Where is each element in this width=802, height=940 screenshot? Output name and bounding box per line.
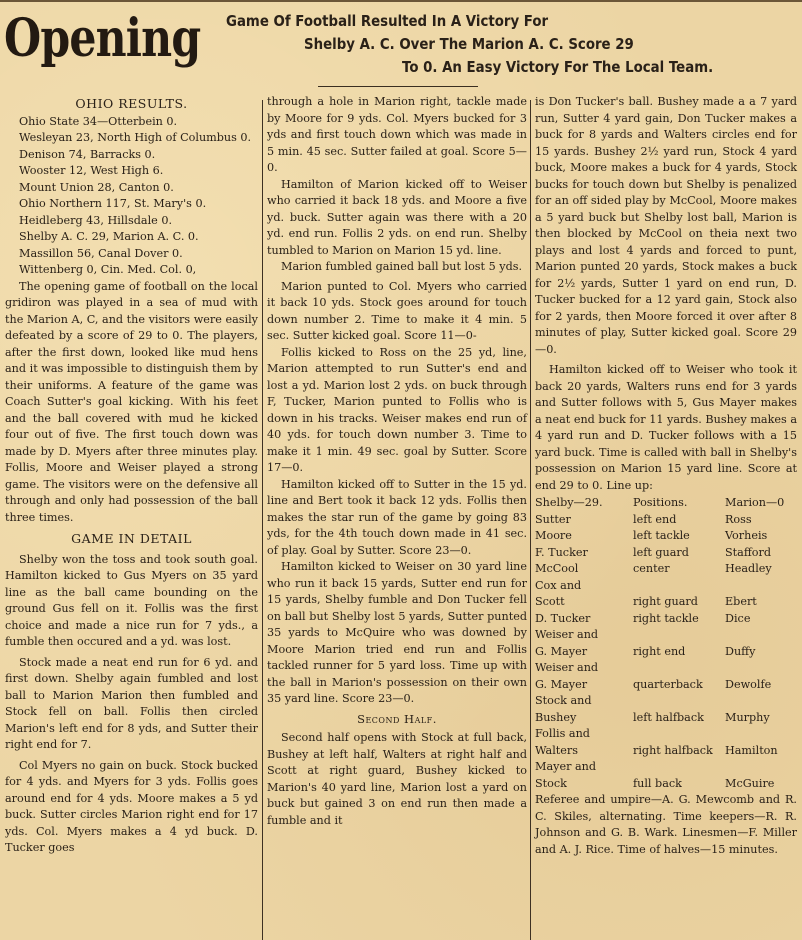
body-paragraph: Col Myers no gain on buck. Stock bucked … — [5, 758, 258, 857]
position: right halfback — [633, 743, 725, 760]
lineup-row: F. Tuckerleft guardStafford — [535, 545, 797, 562]
marion-player — [725, 578, 797, 595]
column-2: through a hole in Marion right, tackle m… — [267, 94, 527, 940]
position: left end — [633, 512, 725, 529]
column-divider-1 — [262, 100, 263, 940]
lineup-row: Waltersright halfbackHamilton — [535, 743, 797, 760]
officials-paragraph: Referee and umpire—A. G. Mewcomb and R. … — [535, 792, 797, 858]
body-paragraph: Stock made a neat end run for 6 yd. and … — [5, 655, 258, 754]
position — [633, 693, 725, 710]
position: right tackle — [633, 611, 725, 628]
shelby-player: Walters — [535, 743, 633, 760]
position — [633, 627, 725, 644]
deck-divider — [318, 86, 478, 87]
result-item: Shelby A. C. 29, Marion A. C. 0. — [5, 229, 258, 246]
shelby-player: McCool — [535, 561, 633, 578]
body-paragraph: Hamilton kicked off to Sutter in the 15 … — [267, 477, 527, 560]
position — [633, 726, 725, 743]
shelby-player: Mayer and — [535, 759, 633, 776]
body-paragraph: is Don Tucker's ball. Bushey made a a 7 … — [535, 94, 797, 358]
shelby-player: Weiser and — [535, 660, 633, 677]
deck-line-2: Shelby A. C. Over The Marion A. C. Score… — [304, 35, 634, 53]
lineup-row: Weiser and — [535, 660, 797, 677]
lineup-header: Positions. — [633, 495, 725, 512]
lineup-header: Shelby—29. — [535, 495, 633, 512]
intro-paragraph: The opening game of football on the loca… — [5, 279, 258, 527]
lineup-row: D. Tuckerright tackleDice — [535, 611, 797, 628]
column-3: is Don Tucker's ball. Bushey made a a 7 … — [535, 94, 797, 940]
shelby-player: Stock and — [535, 693, 633, 710]
result-item: Ohio State 34—Otterbein 0. — [5, 114, 258, 131]
marion-player: Hamilton — [725, 743, 797, 760]
deck-line-1: Game Of Football Resulted In A Victory F… — [226, 12, 548, 30]
marion-player — [725, 759, 797, 776]
shelby-player: Weiser and — [535, 627, 633, 644]
shelby-player: G. Mayer — [535, 677, 633, 694]
position — [633, 660, 725, 677]
result-item: Mount Union 28, Canton 0. — [5, 180, 258, 197]
marion-player: Ebert — [725, 594, 797, 611]
lineup-table: Shelby—29. Positions. Marion—0 Sutterlef… — [535, 495, 797, 792]
body-paragraph: through a hole in Marion right, tackle m… — [267, 94, 527, 177]
deck-line-3: To 0. An Easy Victory For The Local Team… — [402, 58, 713, 76]
result-item: Heidleberg 43, Hillsdale 0. — [5, 213, 258, 230]
result-item: Wesleyan 23, North High of Columbus 0. — [5, 130, 258, 147]
result-item: Massillon 56, Canal Dover 0. — [5, 246, 258, 263]
shelby-player: D. Tucker — [535, 611, 633, 628]
body-paragraph: Follis kicked to Ross on the 25 yd, line… — [267, 345, 527, 477]
position — [633, 578, 725, 595]
column-divider-2 — [530, 100, 531, 940]
body-paragraph: Second half opens with Stock at full bac… — [267, 730, 527, 829]
position: center — [633, 561, 725, 578]
shelby-player: Stock — [535, 776, 633, 793]
shelby-player: Bushey — [535, 710, 633, 727]
marion-player — [725, 726, 797, 743]
body-paragraph: Hamilton of Marion kicked off to Weiser … — [267, 177, 527, 260]
ohio-results-heading: OHIO RESULTS. — [5, 96, 258, 113]
marion-player — [725, 660, 797, 677]
position: quarterback — [633, 677, 725, 694]
shelby-player: Follis and — [535, 726, 633, 743]
lineup-row: McCoolcenterHeadley — [535, 561, 797, 578]
lineup-row: Cox and — [535, 578, 797, 595]
position — [633, 759, 725, 776]
lineup-row: Mooreleft tackleVorheis — [535, 528, 797, 545]
position: left halfback — [633, 710, 725, 727]
result-item: Wittenberg 0, Cin. Med. Col. 0, — [5, 262, 258, 279]
lineup-row: G. MayerquarterbackDewolfe — [535, 677, 797, 694]
body-paragraph: Marion punted to Col. Myers who carried … — [267, 279, 527, 345]
position: left tackle — [633, 528, 725, 545]
position: right end — [633, 644, 725, 661]
lineup-row: G. Mayerright endDuffy — [535, 644, 797, 661]
game-in-detail-heading: GAME IN DETAIL — [5, 531, 258, 548]
body-paragraph: Marion fumbled gained ball but lost 5 yd… — [267, 259, 527, 276]
column-1: OHIO RESULTS. Ohio State 34—Otterbein 0.… — [5, 94, 258, 940]
lineup-header-row: Shelby—29. Positions. Marion—0 — [535, 495, 797, 512]
position: right guard — [633, 594, 725, 611]
shelby-player: F. Tucker — [535, 545, 633, 562]
headline-title: Opening — [4, 8, 200, 69]
lineup-row: Mayer and — [535, 759, 797, 776]
position: full back — [633, 776, 725, 793]
lineup-row: Follis and — [535, 726, 797, 743]
body-paragraph: Hamilton kicked to Weiser on 30 yard lin… — [267, 559, 527, 708]
lineup-row: Scottright guardEbert — [535, 594, 797, 611]
second-half-heading: Second Half. — [267, 711, 527, 728]
lineup-row: Weiser and — [535, 627, 797, 644]
marion-player: Stafford — [725, 545, 797, 562]
result-item: Wooster 12, West High 6. — [5, 163, 258, 180]
marion-player: Ross — [725, 512, 797, 529]
marion-player — [725, 627, 797, 644]
shelby-player: Cox and — [535, 578, 633, 595]
shelby-player: Sutter — [535, 512, 633, 529]
results-list: Ohio State 34—Otterbein 0. Wesleyan 23, … — [5, 114, 258, 279]
lineup-row: Busheyleft halfbackMurphy — [535, 710, 797, 727]
marion-player: Dice — [725, 611, 797, 628]
masthead: Opening Game Of Football Resulted In A V… — [0, 2, 802, 90]
shelby-player: Scott — [535, 594, 633, 611]
marion-player — [725, 693, 797, 710]
marion-player: McGuire — [725, 776, 797, 793]
marion-player: Dewolfe — [725, 677, 797, 694]
result-item: Ohio Northern 117, St. Mary's 0. — [5, 196, 258, 213]
marion-player: Vorheis — [725, 528, 797, 545]
lineup-row: Sutterleft endRoss — [535, 512, 797, 529]
result-item: Denison 74, Barracks 0. — [5, 147, 258, 164]
marion-player: Headley — [725, 561, 797, 578]
lineup-row: Stock and — [535, 693, 797, 710]
marion-player: Murphy — [725, 710, 797, 727]
position: left guard — [633, 545, 725, 562]
shelby-player: Moore — [535, 528, 633, 545]
shelby-player: G. Mayer — [535, 644, 633, 661]
marion-player: Duffy — [725, 644, 797, 661]
body-paragraph: Shelby won the toss and took south goal.… — [5, 552, 258, 651]
lineup-header: Marion—0 — [725, 495, 797, 512]
lineup-row: Stockfull backMcGuire — [535, 776, 797, 793]
body-paragraph: Hamilton kicked off to Weiser who took i… — [535, 362, 797, 494]
